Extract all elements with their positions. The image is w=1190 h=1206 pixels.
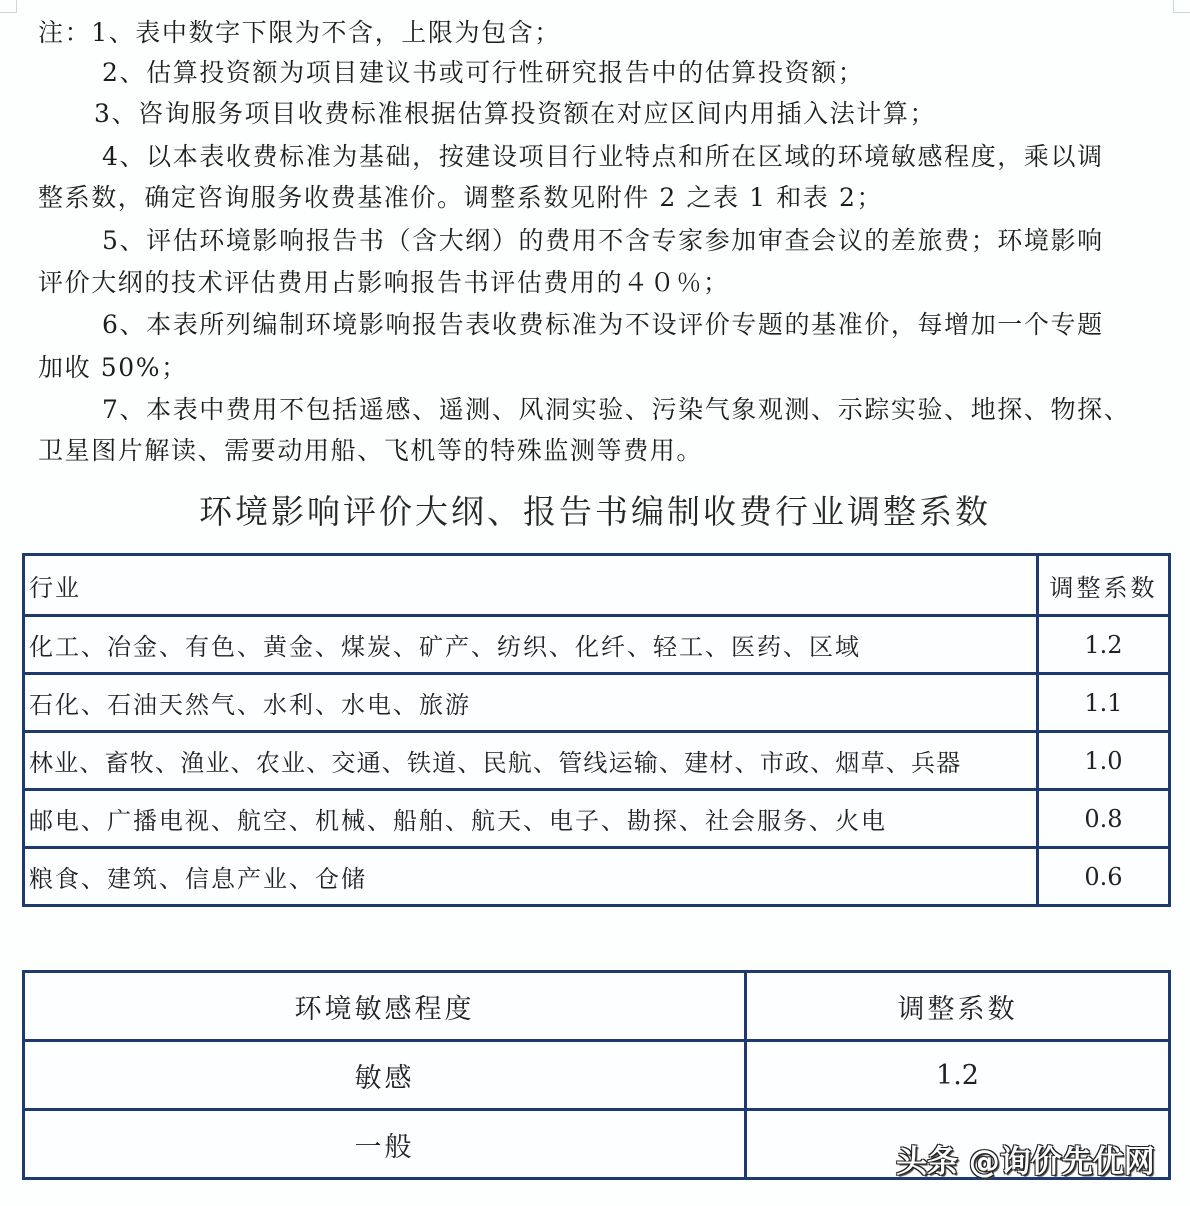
coefficient-cell: 1.1 xyxy=(1038,674,1170,732)
note-line-7: 评价大纲的技术评估费用占影响报告书评估费用的４０％； xyxy=(38,268,730,298)
note-line-8: 6、本表所列编制环境影响报告表收费标准为不设评价专题的基准价，每增加一个专题 xyxy=(102,310,1104,340)
industry-coefficient-table: 行业 调整系数 化工、冶金、有色、黄金、煤炭、矿产、纺织、化纤、轻工、医药、区域… xyxy=(22,553,1171,907)
header-coefficient: 调整系数 xyxy=(1038,555,1170,616)
table-row: 粮食、建筑、信息产业、仓储 0.6 xyxy=(24,848,1170,906)
note-line-10: 7、本表中费用不包括遥感、遥测、风洞实验、污染气象观测、示踪实验、地探、物探、 xyxy=(102,395,1130,425)
note-line-3: 3、咨询服务项目收费标准根据估算投资额在对应区间内用插入法计算； xyxy=(94,99,936,129)
table-row: 石化、石油天然气、水利、水电、旅游 1.1 xyxy=(24,674,1170,732)
coefficient-cell: 1.0 xyxy=(1038,732,1170,790)
table-row: 敏感 1.2 xyxy=(24,1041,1170,1110)
header-coefficient: 调整系数 xyxy=(746,972,1170,1041)
industry-cell: 邮电、广播电视、航空、机械、船舶、航天、电子、勘探、社会服务、火电 xyxy=(24,790,1038,848)
coefficient-cell: 1.2 xyxy=(1038,616,1170,674)
industry-cell: 石化、石油天然气、水利、水电、旅游 xyxy=(24,674,1038,732)
page-corner-mark-right xyxy=(1173,0,1190,13)
note-line-5: 整系数，确定咨询服务收费基准价。调整系数见附件 2 之表 1 和表 2； xyxy=(38,183,883,213)
industry-cell: 化工、冶金、有色、黄金、煤炭、矿产、纺织、化纤、轻工、医药、区域 xyxy=(24,616,1038,674)
table-row: 化工、冶金、有色、黄金、煤炭、矿产、纺织、化纤、轻工、医药、区域 1.2 xyxy=(24,616,1170,674)
header-industry: 行业 xyxy=(24,555,1038,616)
industry-cell: 林业、畜牧、渔业、农业、交通、铁道、民航、管线运输、建材、市政、烟草、兵器 xyxy=(24,732,1038,790)
note-line-1: 注：1、表中数字下限为不含，上限为包含； xyxy=(38,18,561,48)
sensitivity-level-cell: 一般 xyxy=(24,1110,746,1179)
note-line-4: 4、以本表收费标准为基础，按建设项目行业特点和所在区域的环境敏感程度，乘以调 xyxy=(102,142,1104,172)
note-line-9: 加收 50%； xyxy=(38,353,188,383)
table-row: 林业、畜牧、渔业、农业、交通、铁道、民航、管线运输、建材、市政、烟草、兵器 1.… xyxy=(24,732,1170,790)
watermark: 头条 @询价先优网 xyxy=(896,1142,1155,1182)
coefficient-cell: 0.8 xyxy=(1038,790,1170,848)
header-sensitivity-level: 环境敏感程度 xyxy=(24,972,746,1041)
industry-table-title: 环境影响评价大纲、报告书编制收费行业调整系数 xyxy=(0,490,1190,534)
table-header-row: 环境敏感程度 调整系数 xyxy=(24,972,1170,1041)
note-line-11: 卫星图片解读、需要动用船、飞机等的特殊监测等费用。 xyxy=(38,436,703,466)
note-line-6: 5、评估环境影响报告书（含大纲）的费用不含专家参加审查会议的差旅费；环境影响 xyxy=(102,226,1104,256)
note-line-2: 2、估算投资额为项目建议书或可行性研究报告中的估算投资额； xyxy=(102,58,864,88)
sensitivity-level-cell: 敏感 xyxy=(24,1041,746,1110)
coefficient-cell: 1.2 xyxy=(746,1041,1170,1110)
page-corner-mark xyxy=(0,0,17,13)
coefficient-cell: 0.6 xyxy=(1038,848,1170,906)
table-header-row: 行业 调整系数 xyxy=(24,555,1170,616)
industry-cell: 粮食、建筑、信息产业、仓储 xyxy=(24,848,1038,906)
table-row: 邮电、广播电视、航空、机械、船舶、航天、电子、勘探、社会服务、火电 0.8 xyxy=(24,790,1170,848)
